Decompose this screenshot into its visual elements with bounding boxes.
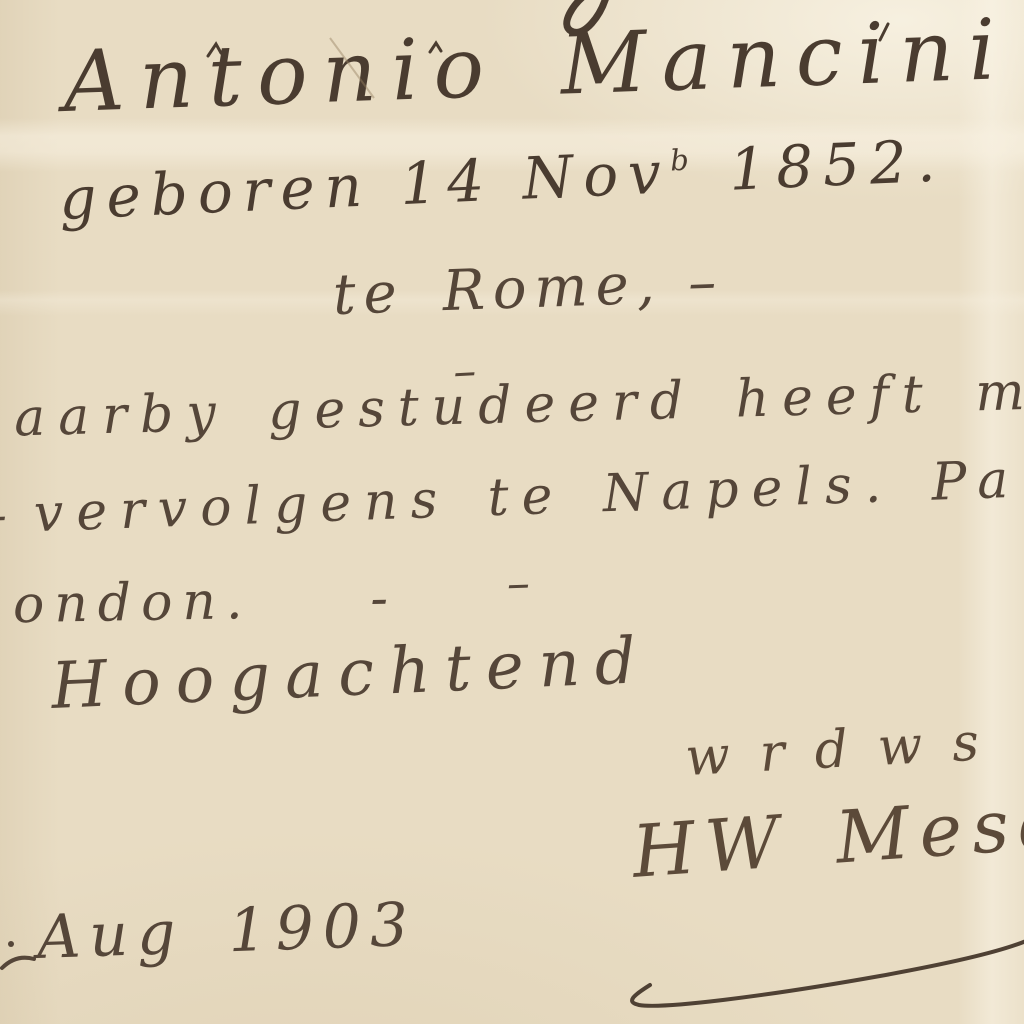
birth-place-line: teRome, – [332, 254, 725, 324]
birth-place-city: Rome, – [441, 249, 725, 324]
study-line: waarby gestudeerd heeft met M [0, 361, 1024, 446]
birth-place-te: te [332, 261, 406, 328]
london-text: London. [0, 571, 253, 636]
birth-year: 1852. [728, 126, 947, 203]
name-line: Antonio Mancini [62, 7, 1012, 124]
date-line: Aug 1903 [36, 895, 418, 968]
letter-paper: Antonio Mancini geboren 14 Novb1852. teR… [0, 0, 1024, 1024]
london-trailing-dash: - [370, 569, 399, 629]
birth-date-line: geboren 14 Novb1852. [58, 131, 946, 228]
cities-text: vervolgens te Napels. Parys [33, 445, 1024, 544]
cities-line: –vervolgens te Napels. Parys [0, 449, 1024, 541]
separator-dash-2: – [506, 559, 531, 606]
closing-line: Hoogachtend [50, 629, 652, 719]
cities-leading-dash: – [0, 485, 21, 546]
date-fragment-stroke [2, 958, 34, 968]
valediction-abbreviation: wrdws [684, 715, 1010, 784]
birth-date-text: geboren 14 Nov [58, 138, 672, 233]
date-fragment-dot [8, 941, 14, 947]
london-line: London.- [0, 573, 398, 632]
signature: HW Mesda [630, 781, 1024, 887]
signature-flourish-stroke [632, 941, 1024, 1006]
birth-date-superscript: b [669, 142, 699, 177]
